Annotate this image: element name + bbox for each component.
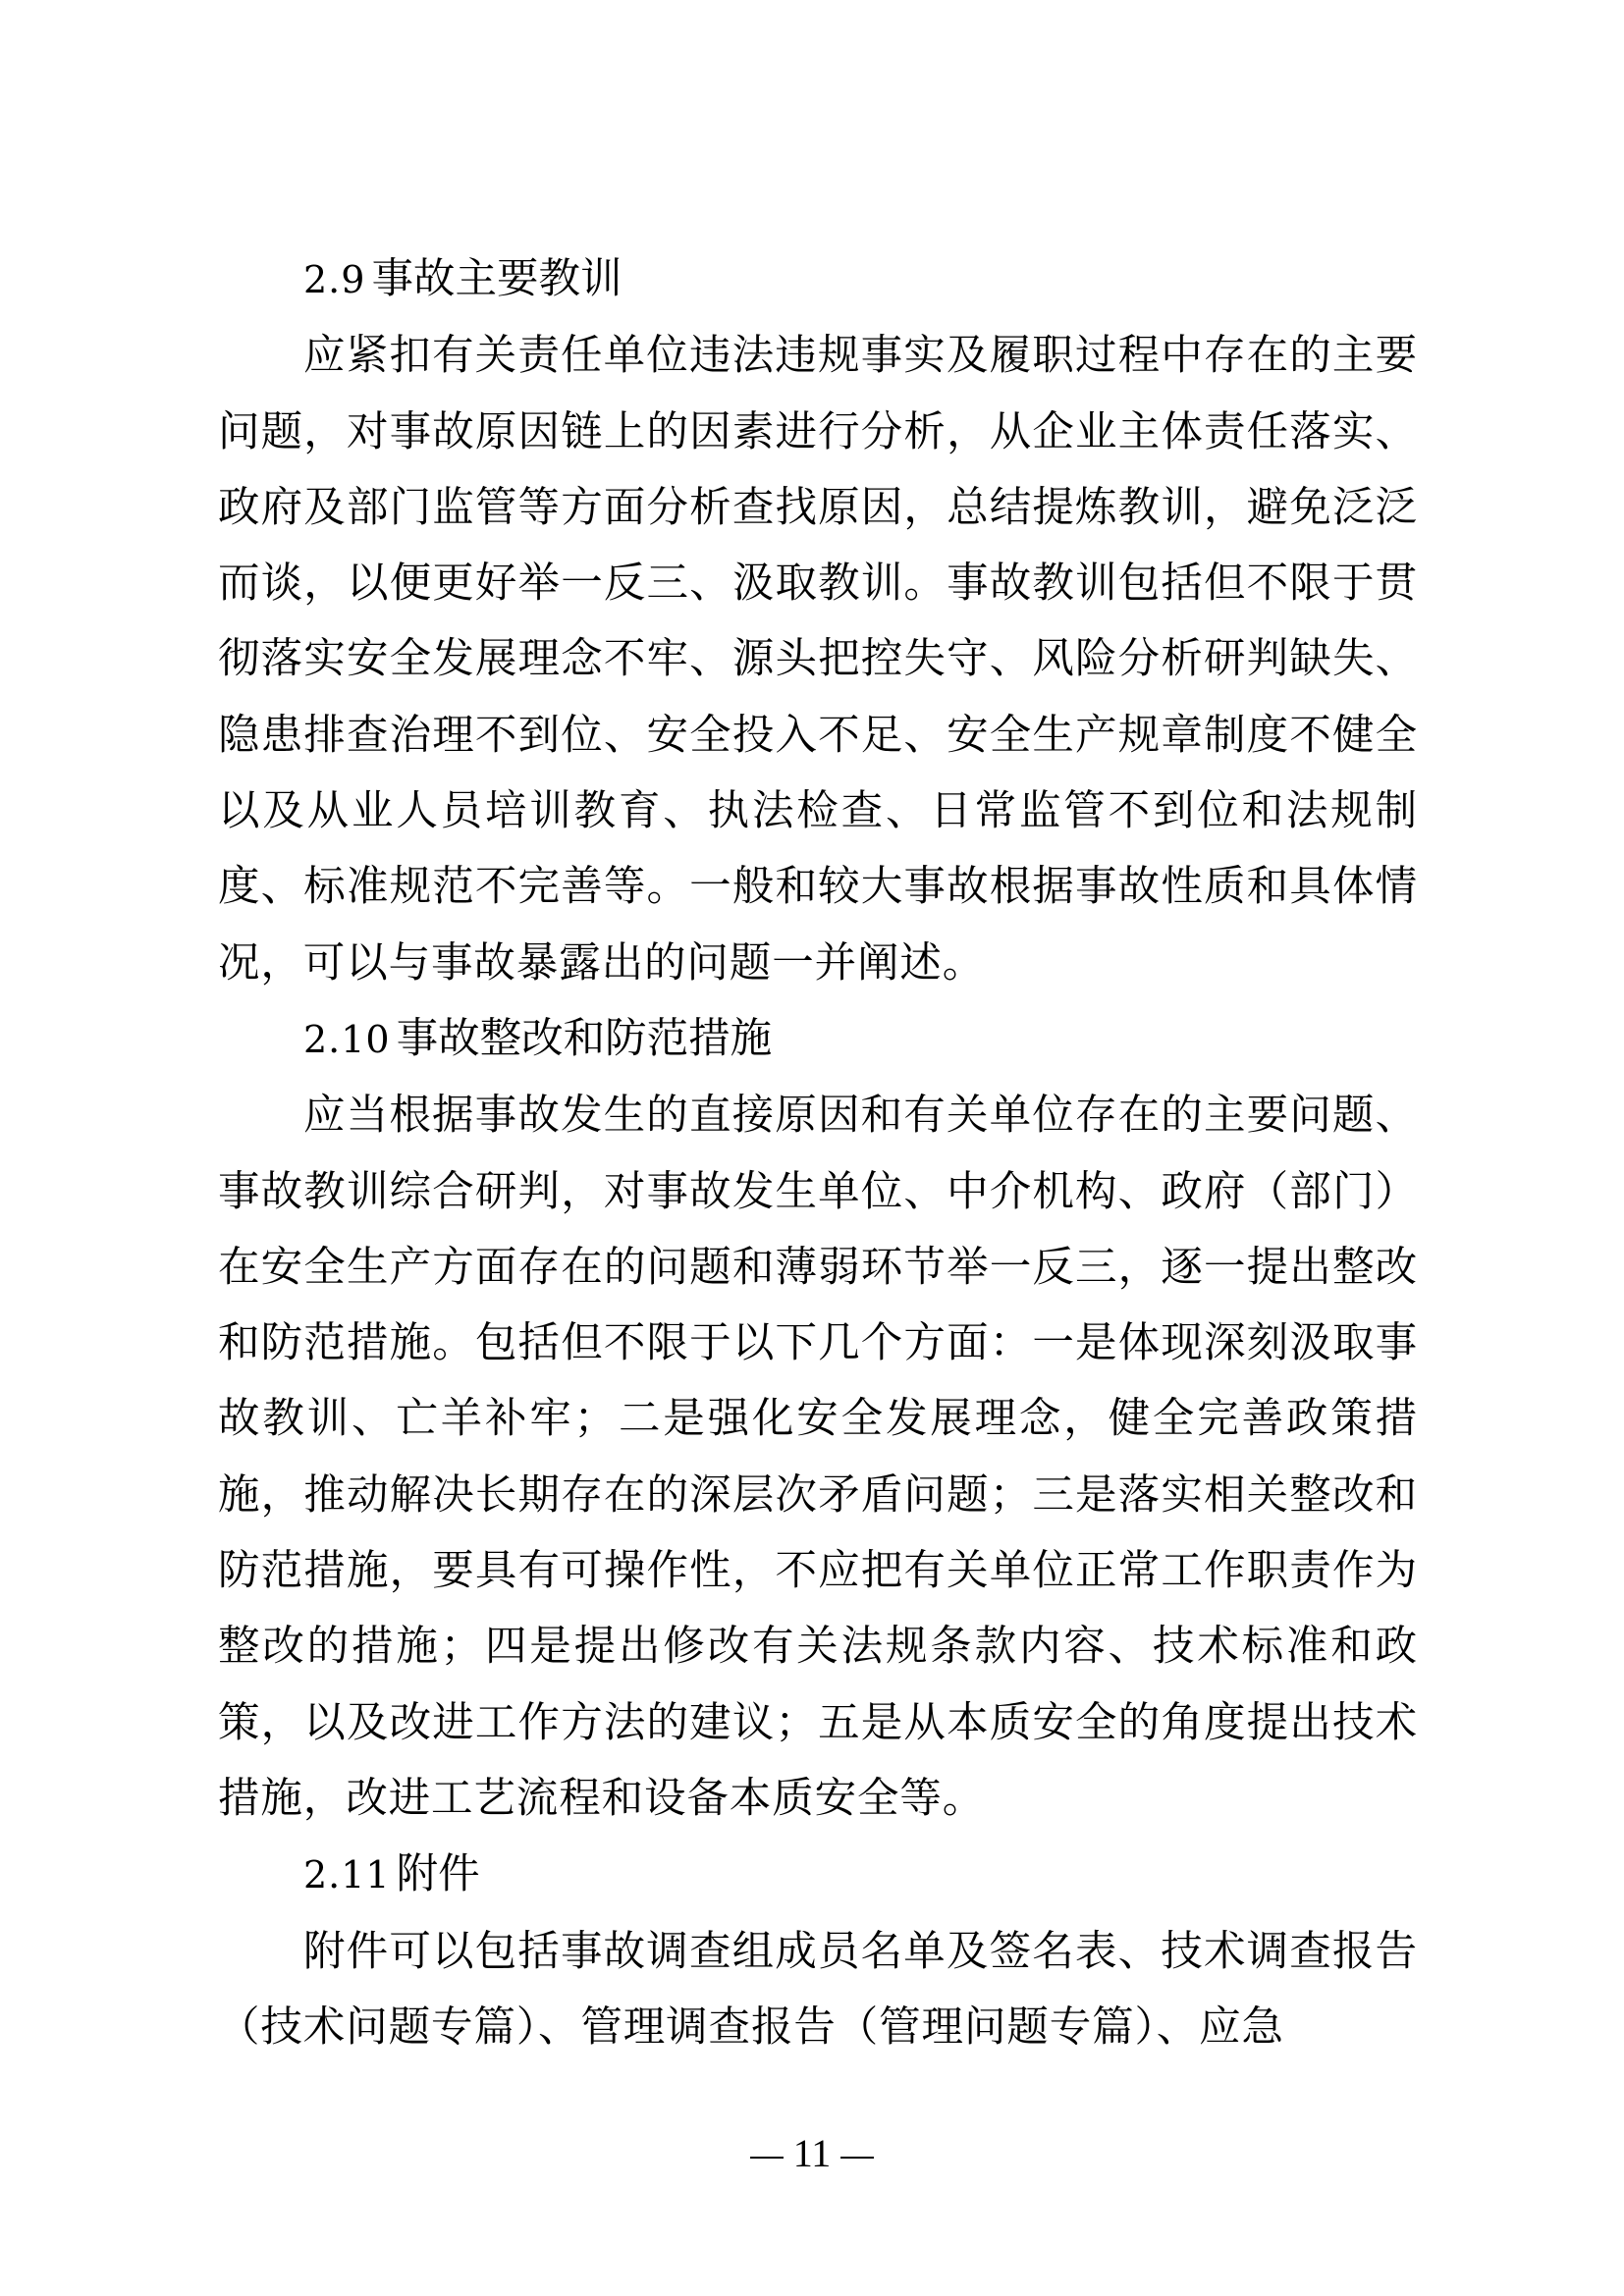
section-title: 事故主要教训: [371, 255, 622, 303]
section-number: 2.11: [303, 1853, 391, 1896]
page-number: 11: [793, 2131, 832, 2175]
page-body: 2.9事故主要教训 应紧扣有关责任单位违法违规事实及履职过程中存在的主要问题，对…: [218, 241, 1418, 2065]
section-heading-2-10: 2.10事故整改和防范措施: [218, 1001, 1418, 1078]
section-heading-2-11: 2.11附件: [218, 1837, 1418, 1913]
page-footer: 11: [0, 2130, 1624, 2176]
section-number: 2.10: [303, 1018, 391, 1061]
footer-dash-right: [840, 2157, 874, 2159]
footer-dash-left: [750, 2157, 784, 2159]
section-title: 附件: [397, 1850, 480, 1898]
section-paragraph-2-9: 应紧扣有关责任单位违法违规事实及履职过程中存在的主要问题，对事故原因链上的因素进…: [218, 318, 1418, 1001]
section-heading-2-9: 2.9事故主要教训: [218, 241, 1418, 318]
document-page: 2.9事故主要教训 应紧扣有关责任单位违法违规事实及履职过程中存在的主要问题，对…: [0, 0, 1624, 2296]
section-paragraph-2-11: 附件可以包括事故调查组成员名单及签名表、技术调查报告（技术问题专篇）、管理调查报…: [218, 1914, 1418, 2066]
section-number: 2.9: [303, 258, 365, 301]
section-title: 事故整改和防范措施: [397, 1015, 773, 1063]
section-paragraph-2-10: 应当根据事故发生的直接原因和有关单位存在的主要问题、事故教训综合研判，对事故发生…: [218, 1078, 1418, 1837]
